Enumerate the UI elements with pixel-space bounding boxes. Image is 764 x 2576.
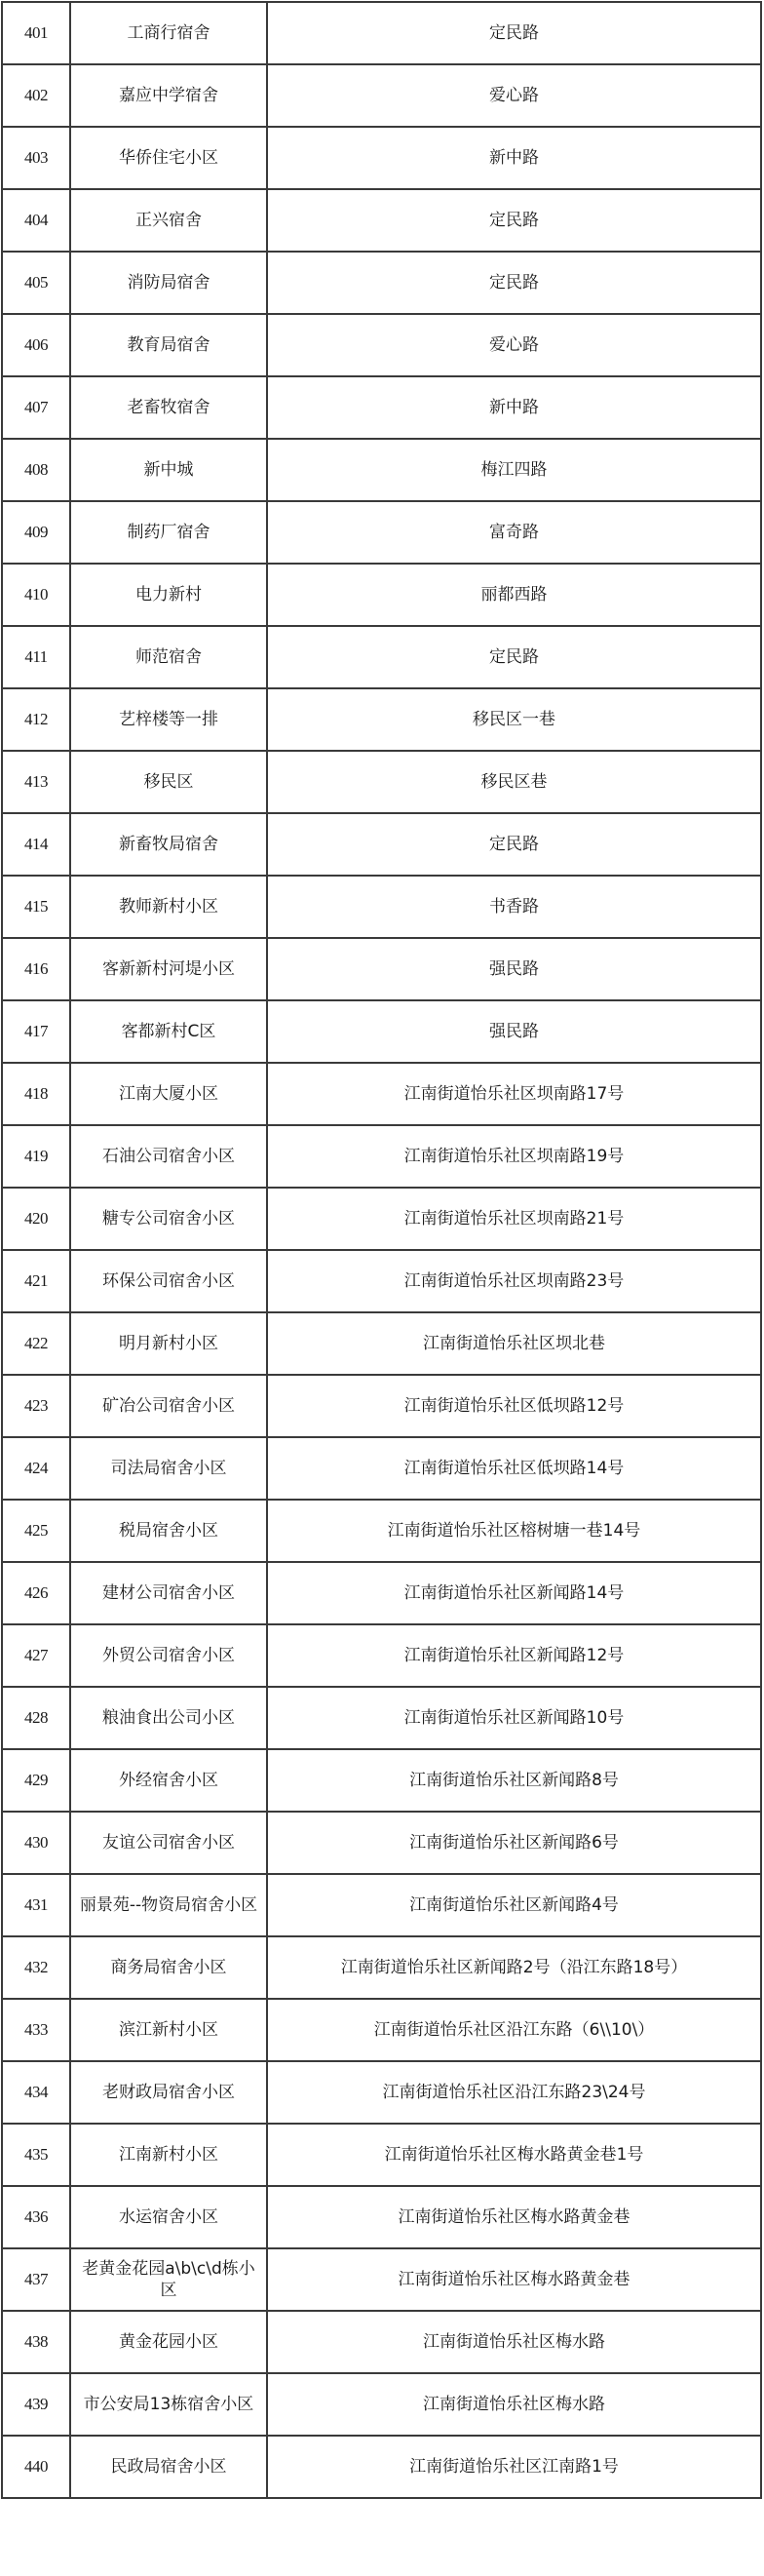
address-cell: 江南街道怡乐社区新闻路4号 (267, 1874, 761, 1936)
table-row: 411师范宿舍定民路 (2, 626, 761, 688)
community-name-cell: 移民区 (70, 751, 267, 813)
row-number-cell: 401 (2, 2, 70, 64)
table-row: 440民政局宿舍小区江南街道怡乐社区江南路1号 (2, 2436, 761, 2498)
address-cell: 江南街道怡乐社区坝北巷 (267, 1312, 761, 1375)
row-number-cell: 428 (2, 1687, 70, 1749)
community-name-cell: 矿冶公司宿舍小区 (70, 1375, 267, 1437)
address-cell: 江南街道怡乐社区坝南路21号 (267, 1188, 761, 1250)
address-cell: 强民路 (267, 938, 761, 1000)
table-row: 437老黄金花园a\b\c\d栋小区江南街道怡乐社区梅水路黄金巷 (2, 2248, 761, 2311)
row-number-cell: 439 (2, 2373, 70, 2436)
row-number-cell: 405 (2, 252, 70, 314)
table-row: 402嘉应中学宿舍爱心路 (2, 64, 761, 127)
row-number-cell: 410 (2, 564, 70, 626)
community-name-cell: 教育局宿舍 (70, 314, 267, 376)
address-cell: 江南街道怡乐社区低坝路14号 (267, 1437, 761, 1500)
address-cell: 江南街道怡乐社区新闻路12号 (267, 1624, 761, 1687)
address-cell: 江南街道怡乐社区梅水路黄金巷 (267, 2186, 761, 2248)
row-number-cell: 427 (2, 1624, 70, 1687)
community-name-cell: 江南大厦小区 (70, 1063, 267, 1125)
community-name-cell: 水运宿舍小区 (70, 2186, 267, 2248)
community-name-cell: 嘉应中学宿舍 (70, 64, 267, 127)
row-number-cell: 438 (2, 2311, 70, 2373)
community-name-cell: 外贸公司宿舍小区 (70, 1624, 267, 1687)
table-row: 416客新新村河堤小区强民路 (2, 938, 761, 1000)
residential-list-sheet: 401工商行宿舍定民路402嘉应中学宿舍爱心路403华侨住宅小区新中路404正兴… (1, 1, 758, 2499)
address-cell: 江南街道怡乐社区坝南路19号 (267, 1125, 761, 1188)
address-cell: 江南街道怡乐社区新闻路10号 (267, 1687, 761, 1749)
address-cell: 江南街道怡乐社区榕树塘一巷14号 (267, 1500, 761, 1562)
row-number-cell: 440 (2, 2436, 70, 2498)
table-row: 430友谊公司宿舍小区江南街道怡乐社区新闻路6号 (2, 1812, 761, 1874)
community-name-cell: 外经宿舍小区 (70, 1749, 267, 1812)
community-name-cell: 丽景苑--物资局宿舍小区 (70, 1874, 267, 1936)
address-cell: 定民路 (267, 189, 761, 252)
row-number-cell: 435 (2, 2124, 70, 2186)
table-row: 422明月新村小区江南街道怡乐社区坝北巷 (2, 1312, 761, 1375)
community-name-cell: 黄金花园小区 (70, 2311, 267, 2373)
table-row: 438黄金花园小区江南街道怡乐社区梅水路 (2, 2311, 761, 2373)
community-name-cell: 新畜牧局宿舍 (70, 813, 267, 876)
row-number-cell: 408 (2, 439, 70, 501)
row-number-cell: 429 (2, 1749, 70, 1812)
table-row: 414新畜牧局宿舍定民路 (2, 813, 761, 876)
row-number-cell: 436 (2, 2186, 70, 2248)
community-name-cell: 明月新村小区 (70, 1312, 267, 1375)
community-name-cell: 建材公司宿舍小区 (70, 1562, 267, 1624)
address-cell: 移民区一巷 (267, 688, 761, 751)
address-cell: 江南街道怡乐社区低坝路12号 (267, 1375, 761, 1437)
community-name-cell: 江南新村小区 (70, 2124, 267, 2186)
table-row: 412艺梓楼等一排移民区一巷 (2, 688, 761, 751)
community-name-cell: 老畜牧宿舍 (70, 376, 267, 439)
community-name-cell: 石油公司宿舍小区 (70, 1125, 267, 1188)
community-name-cell: 市公安局13栋宿舍小区 (70, 2373, 267, 2436)
row-number-cell: 422 (2, 1312, 70, 1375)
community-name-cell: 华侨住宅小区 (70, 127, 267, 189)
address-cell: 书香路 (267, 876, 761, 938)
address-cell: 江南街道怡乐社区梅水路黄金巷 (267, 2248, 761, 2311)
table-row: 406教育局宿舍爱心路 (2, 314, 761, 376)
residential-table: 401工商行宿舍定民路402嘉应中学宿舍爱心路403华侨住宅小区新中路404正兴… (1, 1, 762, 2499)
row-number-cell: 409 (2, 501, 70, 564)
row-number-cell: 415 (2, 876, 70, 938)
table-row: 434老财政局宿舍小区江南街道怡乐社区沿江东路23\24号 (2, 2061, 761, 2124)
table-row: 418江南大厦小区江南街道怡乐社区坝南路17号 (2, 1063, 761, 1125)
table-row: 407老畜牧宿舍新中路 (2, 376, 761, 439)
table-row: 433滨江新村小区江南街道怡乐社区沿江东路（6\\10\） (2, 1999, 761, 2061)
address-cell: 强民路 (267, 1000, 761, 1063)
row-number-cell: 437 (2, 2248, 70, 2311)
row-number-cell: 413 (2, 751, 70, 813)
address-cell: 江南街道怡乐社区坝南路23号 (267, 1250, 761, 1312)
address-cell: 定民路 (267, 252, 761, 314)
table-row: 420糖专公司宿舍小区江南街道怡乐社区坝南路21号 (2, 1188, 761, 1250)
table-row: 431丽景苑--物资局宿舍小区江南街道怡乐社区新闻路4号 (2, 1874, 761, 1936)
community-name-cell: 民政局宿舍小区 (70, 2436, 267, 2498)
row-number-cell: 432 (2, 1936, 70, 1999)
address-cell: 江南街道怡乐社区梅水路 (267, 2373, 761, 2436)
row-number-cell: 418 (2, 1063, 70, 1125)
table-row: 436水运宿舍小区江南街道怡乐社区梅水路黄金巷 (2, 2186, 761, 2248)
address-cell: 定民路 (267, 626, 761, 688)
row-number-cell: 430 (2, 1812, 70, 1874)
table-row: 425税局宿舍小区江南街道怡乐社区榕树塘一巷14号 (2, 1500, 761, 1562)
row-number-cell: 419 (2, 1125, 70, 1188)
community-name-cell: 师范宿舍 (70, 626, 267, 688)
table-row: 408新中城梅江四路 (2, 439, 761, 501)
address-cell: 富奇路 (267, 501, 761, 564)
table-row: 405消防局宿舍定民路 (2, 252, 761, 314)
table-row: 435江南新村小区江南街道怡乐社区梅水路黄金巷1号 (2, 2124, 761, 2186)
row-number-cell: 417 (2, 1000, 70, 1063)
address-cell: 移民区巷 (267, 751, 761, 813)
table-row: 427外贸公司宿舍小区江南街道怡乐社区新闻路12号 (2, 1624, 761, 1687)
row-number-cell: 403 (2, 127, 70, 189)
table-row: 410电力新村丽都西路 (2, 564, 761, 626)
row-number-cell: 434 (2, 2061, 70, 2124)
row-number-cell: 404 (2, 189, 70, 252)
community-name-cell: 正兴宿舍 (70, 189, 267, 252)
table-row: 423矿冶公司宿舍小区江南街道怡乐社区低坝路12号 (2, 1375, 761, 1437)
table-row: 417客都新村C区强民路 (2, 1000, 761, 1063)
address-cell: 新中路 (267, 376, 761, 439)
table-row: 432商务局宿舍小区江南街道怡乐社区新闻路2号（沿江东路18号） (2, 1936, 761, 1999)
community-name-cell: 工商行宿舍 (70, 2, 267, 64)
address-cell: 爱心路 (267, 64, 761, 127)
address-cell: 江南街道怡乐社区新闻路14号 (267, 1562, 761, 1624)
address-cell: 江南街道怡乐社区新闻路6号 (267, 1812, 761, 1874)
address-cell: 新中路 (267, 127, 761, 189)
table-row: 419石油公司宿舍小区江南街道怡乐社区坝南路19号 (2, 1125, 761, 1188)
address-cell: 爱心路 (267, 314, 761, 376)
row-number-cell: 416 (2, 938, 70, 1000)
address-cell: 江南街道怡乐社区新闻路2号（沿江东路18号） (267, 1936, 761, 1999)
address-cell: 梅江四路 (267, 439, 761, 501)
address-cell: 定民路 (267, 813, 761, 876)
row-number-cell: 411 (2, 626, 70, 688)
community-name-cell: 艺梓楼等一排 (70, 688, 267, 751)
row-number-cell: 431 (2, 1874, 70, 1936)
address-cell: 江南街道怡乐社区沿江东路（6\\10\） (267, 1999, 761, 2061)
table-row: 428粮油食出公司小区江南街道怡乐社区新闻路10号 (2, 1687, 761, 1749)
community-name-cell: 司法局宿舍小区 (70, 1437, 267, 1500)
row-number-cell: 423 (2, 1375, 70, 1437)
table-row: 404正兴宿舍定民路 (2, 189, 761, 252)
address-cell: 江南街道怡乐社区新闻路8号 (267, 1749, 761, 1812)
address-cell: 江南街道怡乐社区坝南路17号 (267, 1063, 761, 1125)
table-body: 401工商行宿舍定民路402嘉应中学宿舍爱心路403华侨住宅小区新中路404正兴… (2, 2, 761, 2498)
community-name-cell: 消防局宿舍 (70, 252, 267, 314)
table-row: 424司法局宿舍小区江南街道怡乐社区低坝路14号 (2, 1437, 761, 1500)
row-number-cell: 421 (2, 1250, 70, 1312)
table-row: 426建材公司宿舍小区江南街道怡乐社区新闻路14号 (2, 1562, 761, 1624)
community-name-cell: 制药厂宿舍 (70, 501, 267, 564)
community-name-cell: 客都新村C区 (70, 1000, 267, 1063)
row-number-cell: 414 (2, 813, 70, 876)
community-name-cell: 滨江新村小区 (70, 1999, 267, 2061)
community-name-cell: 粮油食出公司小区 (70, 1687, 267, 1749)
row-number-cell: 406 (2, 314, 70, 376)
address-cell: 江南街道怡乐社区江南路1号 (267, 2436, 761, 2498)
community-name-cell: 新中城 (70, 439, 267, 501)
row-number-cell: 424 (2, 1437, 70, 1500)
address-cell: 丽都西路 (267, 564, 761, 626)
table-row: 413移民区移民区巷 (2, 751, 761, 813)
row-number-cell: 433 (2, 1999, 70, 2061)
row-number-cell: 420 (2, 1188, 70, 1250)
table-row: 429外经宿舍小区江南街道怡乐社区新闻路8号 (2, 1749, 761, 1812)
row-number-cell: 402 (2, 64, 70, 127)
table-row: 403华侨住宅小区新中路 (2, 127, 761, 189)
community-name-cell: 电力新村 (70, 564, 267, 626)
table-row: 439市公安局13栋宿舍小区江南街道怡乐社区梅水路 (2, 2373, 761, 2436)
row-number-cell: 425 (2, 1500, 70, 1562)
address-cell: 江南街道怡乐社区梅水路 (267, 2311, 761, 2373)
table-row: 409制药厂宿舍富奇路 (2, 501, 761, 564)
community-name-cell: 环保公司宿舍小区 (70, 1250, 267, 1312)
community-name-cell: 老财政局宿舍小区 (70, 2061, 267, 2124)
community-name-cell: 糖专公司宿舍小区 (70, 1188, 267, 1250)
row-number-cell: 407 (2, 376, 70, 439)
community-name-cell: 友谊公司宿舍小区 (70, 1812, 267, 1874)
community-name-cell: 教师新村小区 (70, 876, 267, 938)
table-row: 401工商行宿舍定民路 (2, 2, 761, 64)
address-cell: 江南街道怡乐社区沿江东路23\24号 (267, 2061, 761, 2124)
table-row: 421环保公司宿舍小区江南街道怡乐社区坝南路23号 (2, 1250, 761, 1312)
address-cell: 定民路 (267, 2, 761, 64)
row-number-cell: 412 (2, 688, 70, 751)
community-name-cell: 商务局宿舍小区 (70, 1936, 267, 1999)
community-name-cell: 客新新村河堤小区 (70, 938, 267, 1000)
table-row: 415教师新村小区书香路 (2, 876, 761, 938)
community-name-cell: 税局宿舍小区 (70, 1500, 267, 1562)
community-name-cell: 老黄金花园a\b\c\d栋小区 (70, 2248, 267, 2311)
row-number-cell: 426 (2, 1562, 70, 1624)
address-cell: 江南街道怡乐社区梅水路黄金巷1号 (267, 2124, 761, 2186)
